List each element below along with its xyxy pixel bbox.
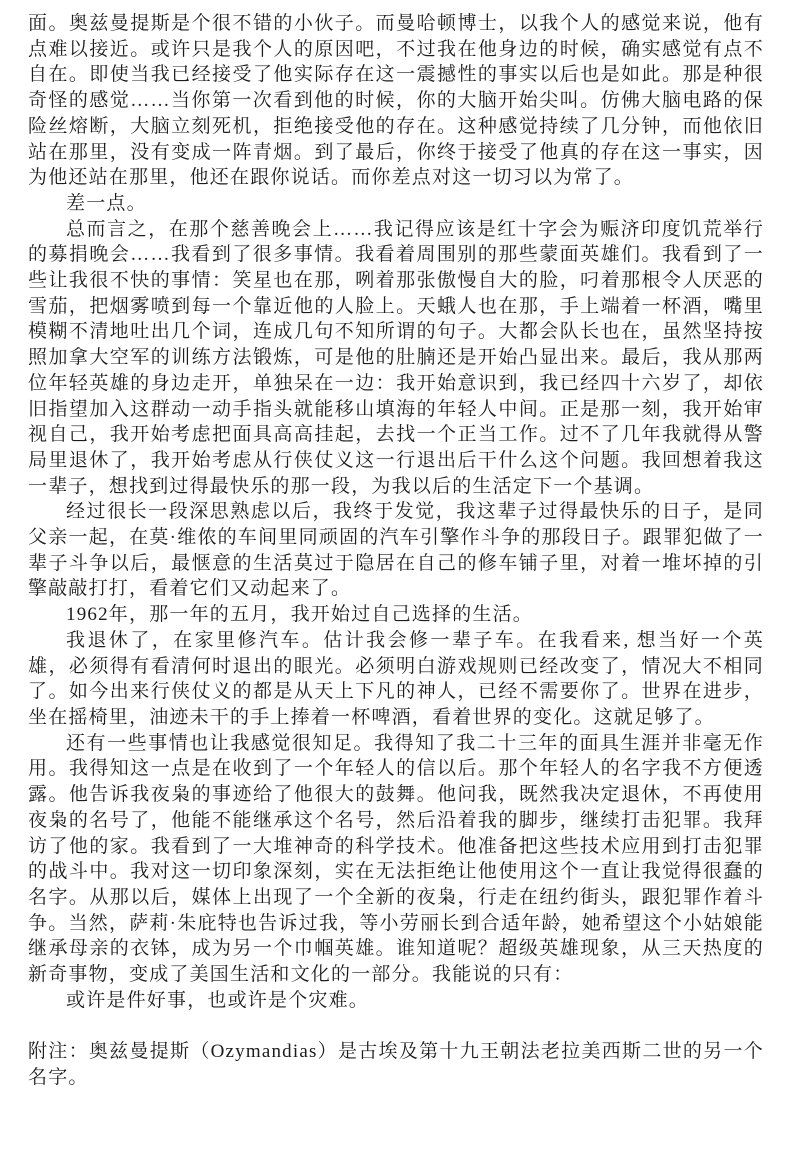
paragraph-happiest-days: 经过很长一段深思熟虑以后，我终于发觉，我这辈子过得最快乐的日子，是同父亲一起，在… [28, 499, 764, 602]
paragraph-retirement: 我退休了，在家里修汽车。估计我会修一辈子车。在我看来, 想当好一个英雄，必须得有… [28, 628, 764, 731]
document-page: 面。奥兹曼提斯是个很不错的小伙子。而曼哈顿博士，以我个人的感觉来说，他有点难以接… [0, 0, 790, 1166]
paragraph-blessing-or-curse: 或许是件好事，也或许是个灾难。 [28, 988, 764, 1014]
paragraph-charity-gala: 总而言之，在那个慈善晚会上……我记得应该是红十字会为赈济印度饥荒举行的募捐晚会…… [28, 217, 764, 500]
paragraph-footnote: 附注：奥兹曼提斯（Ozymandias）是古埃及第十九王朝法老拉美西斯二世的另一… [28, 1039, 764, 1090]
paragraph-continuation: 面。奥兹曼提斯是个很不错的小伙子。而曼哈顿博士，以我个人的感觉来说，他有点难以接… [28, 11, 764, 191]
paragraph-almost: 差一点。 [28, 191, 764, 217]
paragraph-successor: 还有一些事情也让我感觉很知足。我得知了我二十三年的面具生涯并非毫无作用。我得知这… [28, 731, 764, 988]
paragraph-1962: 1962年，那一年的五月，我开始过自己选择的生活。 [28, 602, 764, 628]
